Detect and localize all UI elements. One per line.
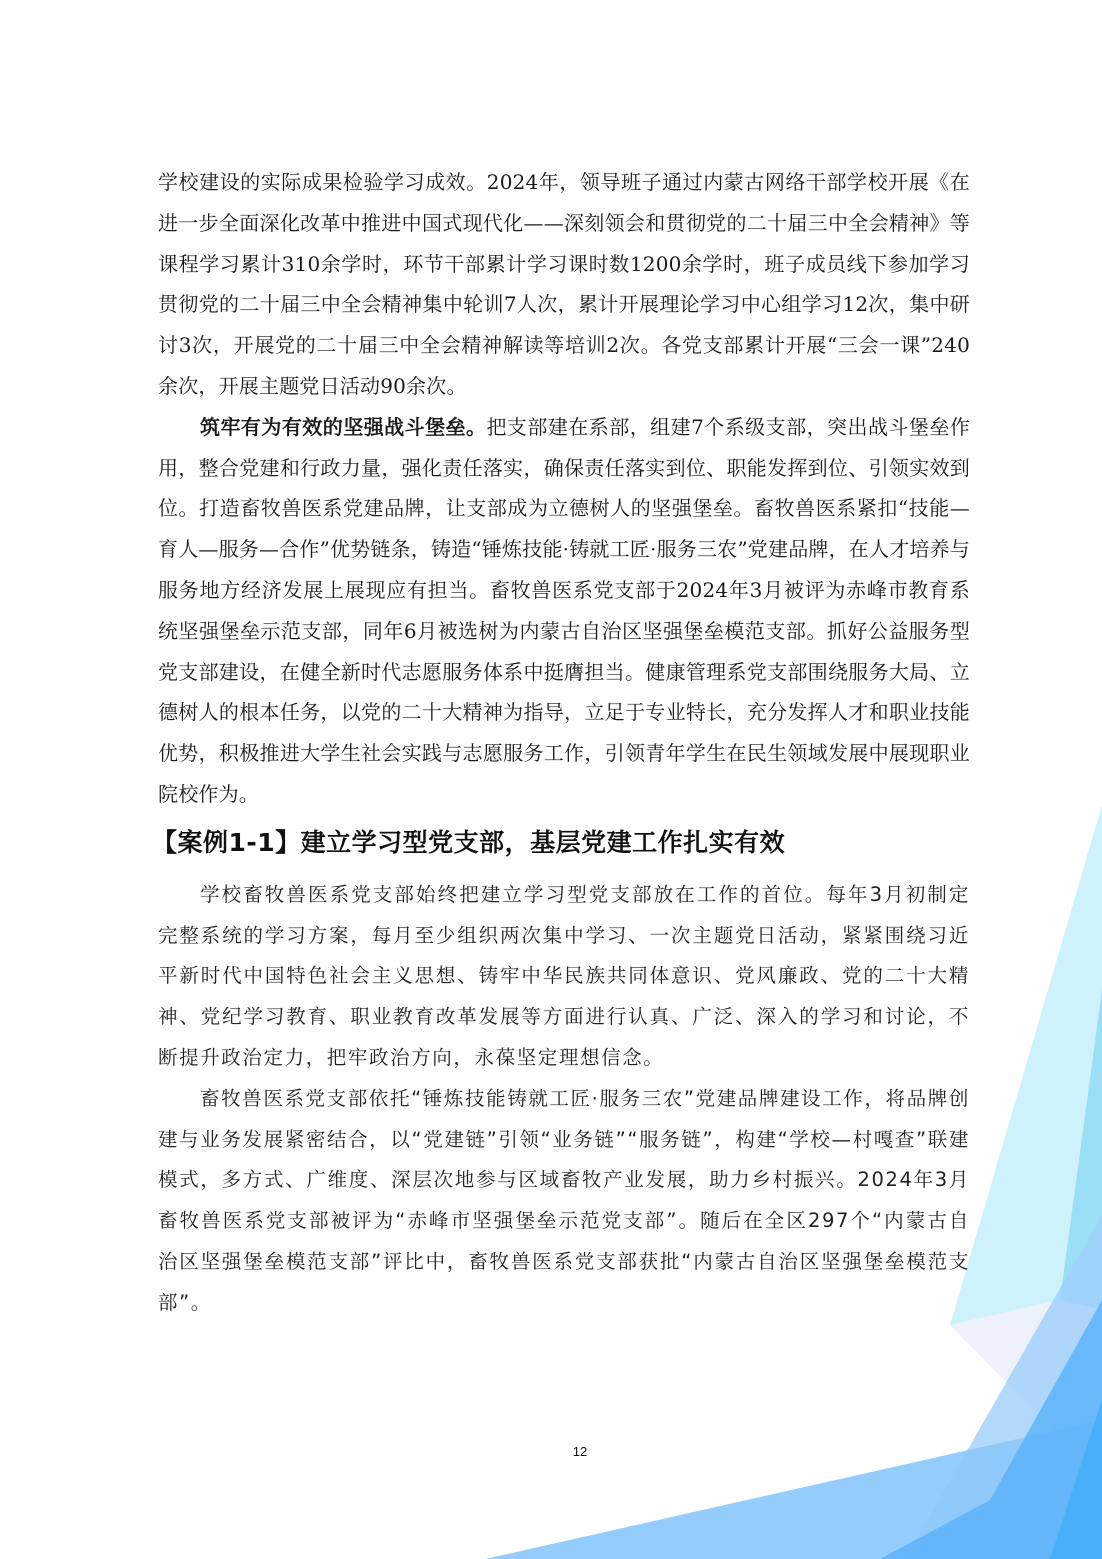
triangle-pale-cyan [950, 805, 1102, 1325]
case-block: 【案例1-1】建立学习型党支部，基层党建工作扎实有效 学校畜牧兽医系党支部始终把… [158, 821, 970, 1324]
triangle-soft-blue [485, 1420, 1102, 1559]
case-paragraph-2: 畜牧兽医系党支部依托“锤炼技能铸就工匠·服务三农”党建品牌建设工作，将品牌创建与… [158, 1079, 970, 1324]
page-content: 学校建设的实际成果检验学习成效。2024年，领导班子通过内蒙古网络干部学校开展《… [158, 162, 970, 1324]
case-paragraph-1: 学校畜牧兽医系党支部始终把建立学习型党支部放在工作的首位。每年3月初制定完整系统… [158, 875, 970, 1079]
case-title: 【案例1-1】建立学习型党支部，基层党建工作扎实有效 [152, 821, 970, 865]
triangle-deep-blue [880, 1300, 1102, 1559]
page-number: 12 [0, 1444, 1102, 1459]
paragraph-text: 学校建设的实际成果检验学习成效。2024年，领导班子通过内蒙古网络干部学校开展《… [158, 170, 970, 398]
paragraph-lead-heading: 筑牢有为有效的坚强战斗堡垒。 [200, 415, 486, 439]
triangle-mid-cyan [1060, 990, 1102, 1310]
body-paragraph-2: 筑牢有为有效的坚强战斗堡垒。把支部建在系部，组建7个系级支部，突出战斗堡垒作用，… [158, 407, 970, 815]
body-paragraph-1: 学校建设的实际成果检验学习成效。2024年，领导班子通过内蒙古网络干部学校开展《… [158, 162, 970, 407]
paragraph-text: 把支部建在系部，组建7个系级支部，突出战斗堡垒作用，整合党建和行政力量，强化责任… [158, 415, 970, 806]
triangle-strong-blue [1050, 1400, 1102, 1559]
